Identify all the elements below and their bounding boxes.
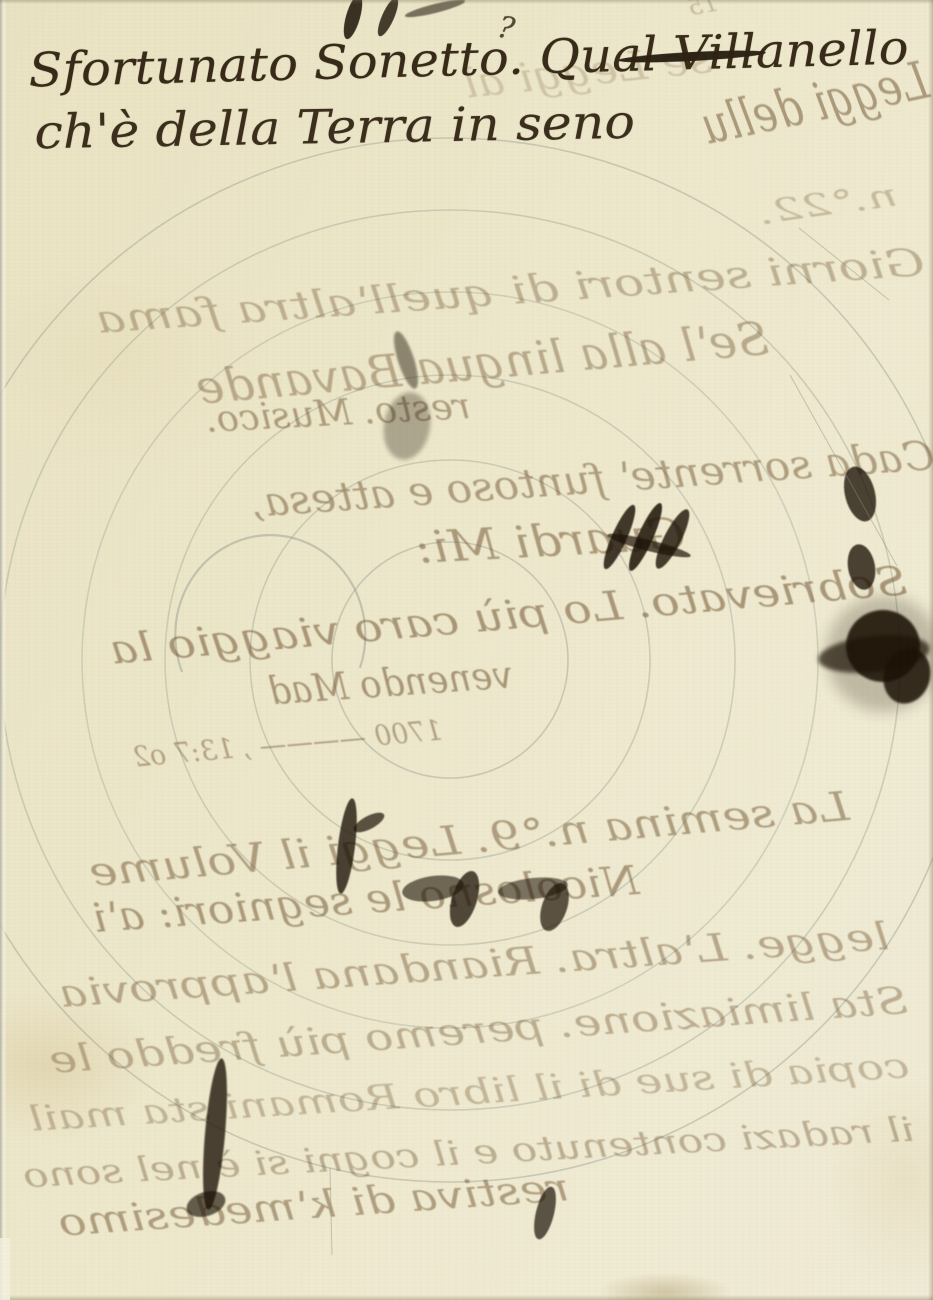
paper-edge-left [0, 0, 6, 1300]
paper-edge-bottom [0, 1295, 933, 1300]
paper-edge-right [928, 0, 933, 1300]
manuscript-page: 15se Leggi alLeggi dellun.°22.Giorni sen… [0, 0, 933, 1300]
scratch-line [790, 375, 897, 566]
paper-corner-bottom-left [0, 1238, 10, 1300]
scratch-line [799, 228, 889, 300]
paper-edge-top [0, 0, 933, 4]
scratch-lines [0, 0, 933, 1300]
scratch-line [330, 1168, 332, 1255]
